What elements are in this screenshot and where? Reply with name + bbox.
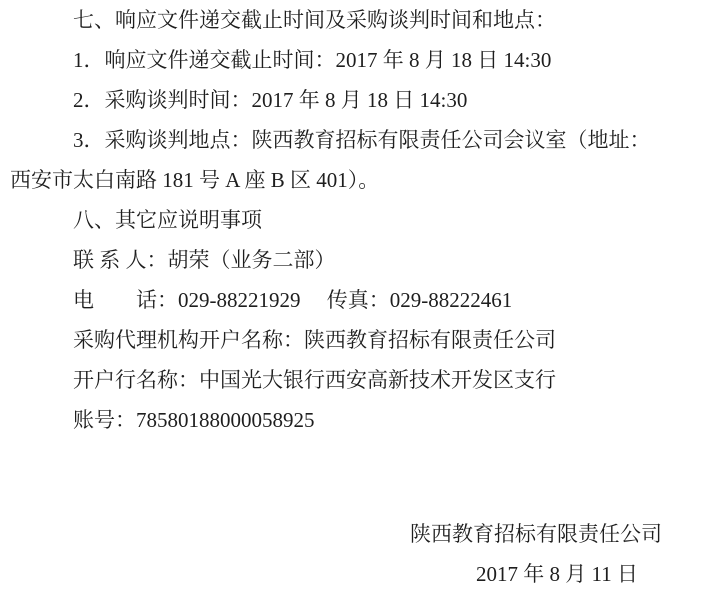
phone-fax-line: 电 话：029-88221929 传真：029-88222461 bbox=[10, 280, 718, 320]
section-eight-heading: 八、其它应说明事项 bbox=[10, 200, 718, 240]
agency-account-name-line: 采购代理机构开户名称：陕西教育招标有限责任公司 bbox=[10, 320, 718, 360]
bank-name-line: 开户行名称：中国光大银行西安高新技术开发区支行 bbox=[10, 360, 718, 400]
account-number-line: 账号：78580188000058925 bbox=[10, 400, 718, 440]
negotiation-place-line: 3．采购谈判地点：陕西教育招标有限责任公司会议室（地址： bbox=[10, 120, 718, 160]
document-body: 七、响应文件递交截止时间及采购谈判时间和地点： 1．响应文件递交截止时间：201… bbox=[0, 0, 724, 440]
submission-deadline-line: 1．响应文件递交截止时间：2017 年 8 月 18 日 14:30 bbox=[10, 40, 718, 80]
signature-date: 2017 年 8 月 11 日 bbox=[0, 554, 724, 594]
negotiation-time-line: 2．采购谈判时间：2017 年 8 月 18 日 14:30 bbox=[10, 80, 718, 120]
signature-company: 陕西教育招标有限责任公司 bbox=[0, 514, 724, 554]
negotiation-place-continuation: 西安市太白南路 181 号 A 座 B 区 401）。 bbox=[10, 160, 718, 200]
section-seven-heading: 七、响应文件递交截止时间及采购谈判时间和地点： bbox=[10, 0, 718, 40]
contact-person-line: 联 系 人：胡荣（业务二部） bbox=[10, 240, 718, 280]
signature-block: 陕西教育招标有限责任公司 2017 年 8 月 11 日 bbox=[0, 514, 724, 594]
document-page: 七、响应文件递交截止时间及采购谈判时间和地点： 1．响应文件递交截止时间：201… bbox=[0, 0, 724, 605]
